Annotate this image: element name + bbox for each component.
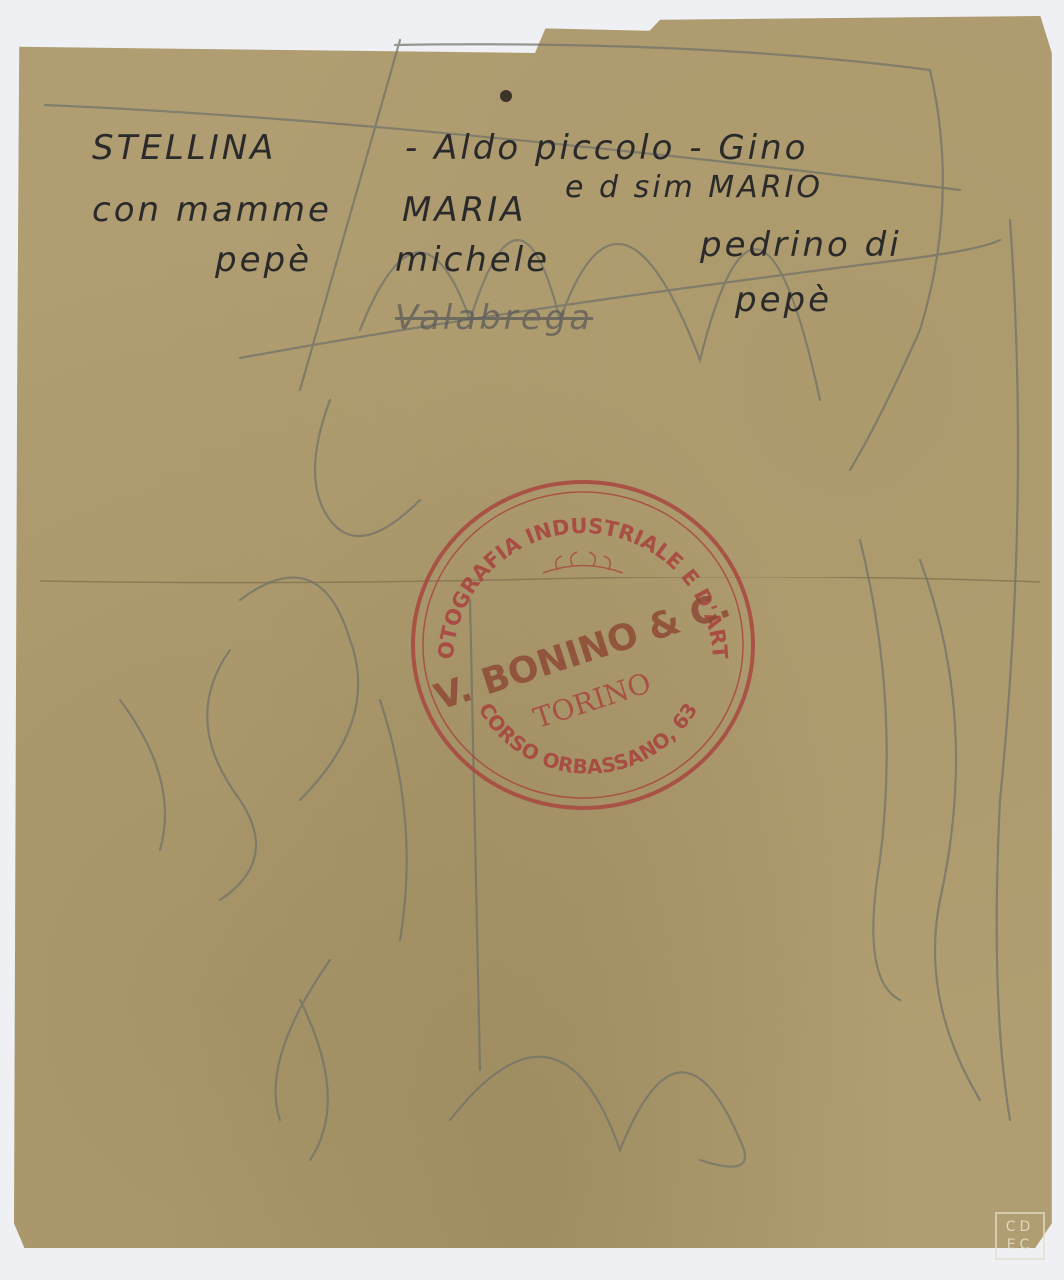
note-maria: MARIA [402,190,527,230]
laurel-ornament-icon [543,552,623,573]
note-pepe-right: pepè [735,280,832,320]
photographer-stamp: FOTOGRAFIA INDUSTRIALE E D'ARTE CORSO OR… [408,478,758,813]
note-con-mamme: con mamme [92,190,332,230]
note-crossed-out: Valabrega [395,298,593,338]
note-michele: michele [395,240,550,280]
note-pedrino: pedrino di [700,225,902,265]
note-stellina: STELLINA [92,128,276,168]
note-mario: e d sim MARIO [565,170,823,205]
punch-hole [500,90,512,102]
archive-watermark-logo: CD EC [995,1212,1045,1260]
note-aldo-gino: - Aldo piccolo - Gino [405,128,808,168]
watermark-line1: CD [997,1218,1043,1236]
note-pepe-left: pepè [215,240,312,280]
watermark-line2: EC [997,1236,1043,1254]
